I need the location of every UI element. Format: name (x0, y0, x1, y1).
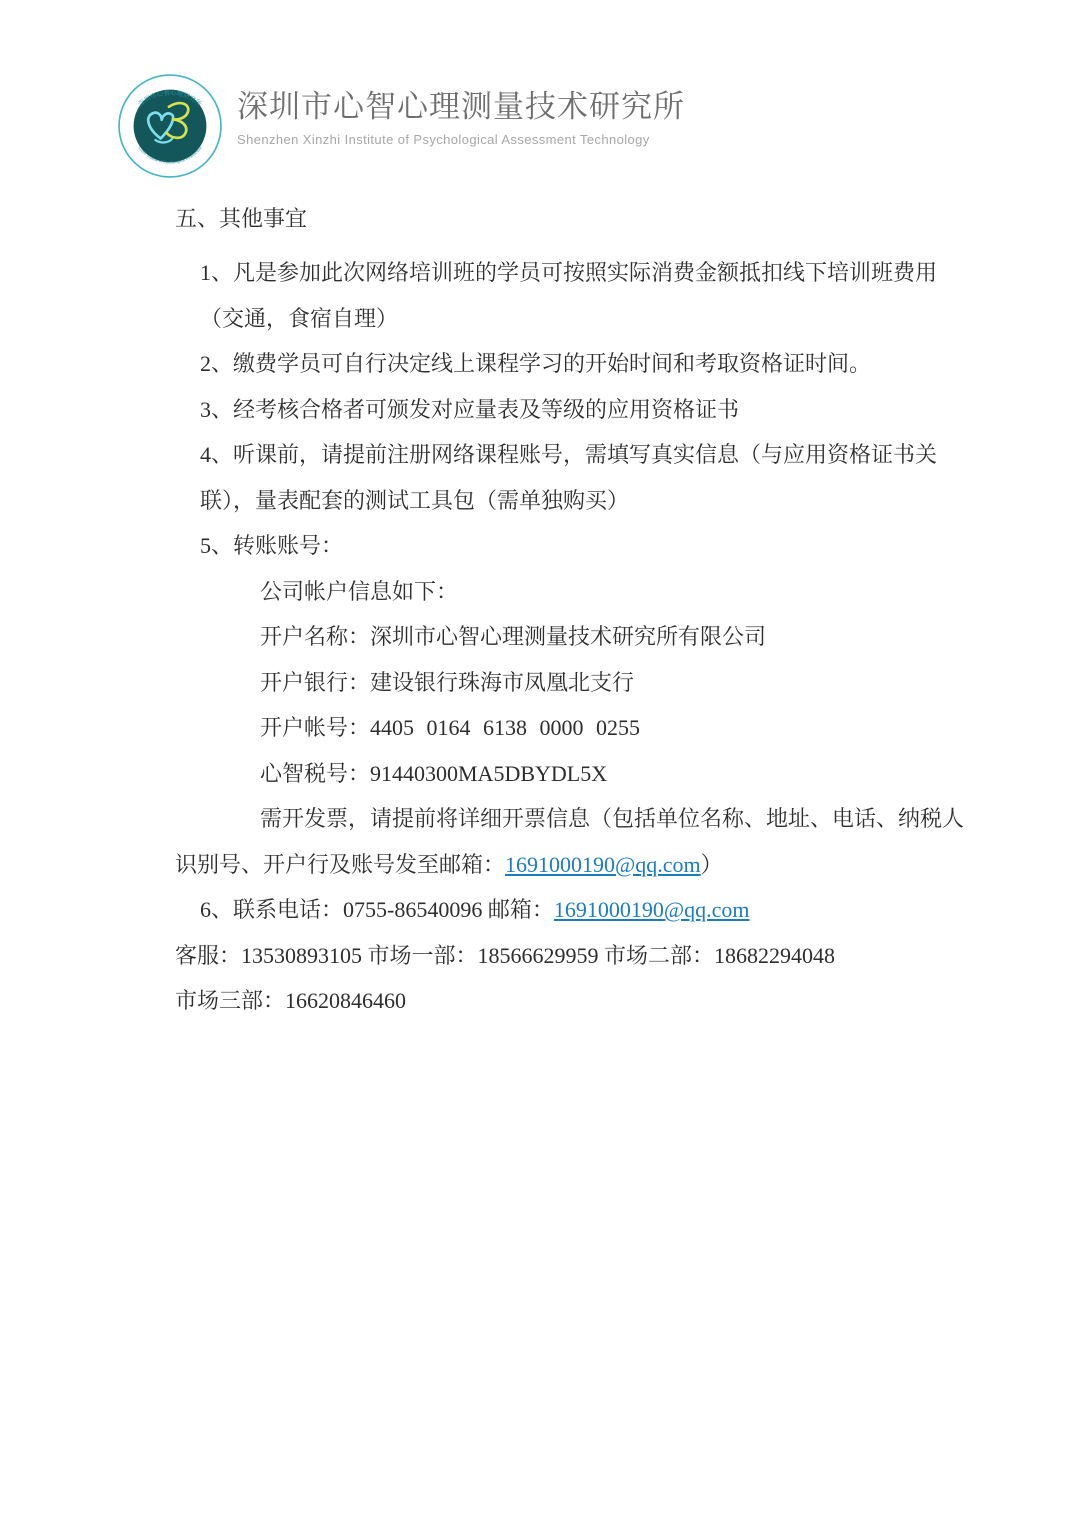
doc-line-account-bank: 开户银行：建设银行珠海市凤凰北支行 (175, 660, 975, 706)
institute-logo: 深圳市心智心理研究所 Xinzhi Institute of Psycholog… (118, 74, 222, 178)
doc-line-item6-contact: 6、联系电话：0755-86540096 邮箱：1691000190@qq.co… (175, 887, 975, 933)
doc-line-tax-number: 心智税号：91440300MA5DBYDL5X (175, 751, 975, 797)
contact-phone-pre: 6、联系电话：0755-86540096 邮箱： (200, 897, 554, 922)
doc-line-item4-cont: 联），量表配套的测试工具包（需单独购买） (175, 478, 975, 524)
doc-line-service-phones: 客服：13530893105 市场一部：18566629959 市场二部：186… (175, 933, 975, 979)
doc-line-item1: 1、凡是参加此次网络培训班的学员可按照实际消费金额抵扣线下培训班费用 (175, 250, 975, 296)
doc-line-item5: 5、转账账号： (175, 523, 975, 569)
doc-line-invoice: 需开发票，请提前将详细开票信息（包括单位名称、地址、电话、纳税人 (175, 796, 975, 842)
doc-line-item4: 4、听课前，请提前注册网络课程账号，需填写真实信息（与应用资格证书关 (175, 432, 975, 478)
doc-line-market3-phone: 市场三部：16620846460 (175, 978, 975, 1024)
doc-line-item1-cont: （交通，食宿自理） (175, 296, 975, 342)
org-name-en: Shenzhen Xinzhi Institute of Psychologic… (237, 132, 685, 147)
invoice-email-post: ） (701, 852, 723, 877)
page-header: 深圳市心智心理研究所 Xinzhi Institute of Psycholog… (0, 0, 1080, 190)
contact-email-link[interactable]: 1691000190@qq.com (554, 897, 750, 922)
org-names: 深圳市心智心理测量技术研究所 Shenzhen Xinzhi Institute… (237, 88, 685, 147)
doc-line-invoice-cont: 识别号、开户行及账号发至邮箱：1691000190@qq.com） (175, 842, 975, 888)
document-page: { "header": { "org_name_zh": "深圳市心智心理测量技… (0, 0, 1080, 1528)
institute-logo-icon: 深圳市心智心理研究所 Xinzhi Institute of Psycholog… (118, 74, 222, 178)
invoice-email-link[interactable]: 1691000190@qq.com (505, 852, 701, 877)
section-heading: 五、其他事宜 (175, 196, 975, 242)
doc-line-item2: 2、缴费学员可自行决定线上课程学习的开始时间和考取资格证时间。 (175, 341, 975, 387)
doc-line-account-intro: 公司帐户信息如下： (175, 569, 975, 615)
document-body: 五、其他事宜 1、凡是参加此次网络培训班的学员可按照实际消费金额抵扣线下培训班费… (175, 196, 975, 1024)
invoice-email-pre: 识别号、开户行及账号发至邮箱： (175, 852, 505, 877)
doc-line-account-name: 开户名称：深圳市心智心理测量技术研究所有限公司 (175, 614, 975, 660)
org-name-zh: 深圳市心智心理测量技术研究所 (237, 88, 685, 126)
doc-line-account-number: 开户帐号：4405 0164 6138 0000 0255 (175, 705, 975, 751)
doc-line-item3: 3、经考核合格者可颁发对应量表及等级的应用资格证书 (175, 387, 975, 433)
